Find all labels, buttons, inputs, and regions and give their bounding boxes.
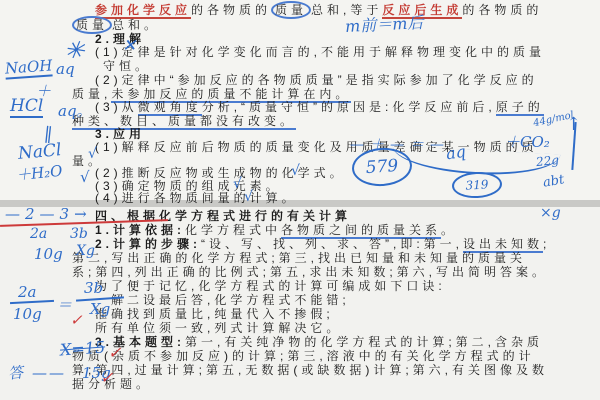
print-text: 第一,有关纯净物的化学方程式的计算;第二,含杂质 xyxy=(185,335,543,349)
handwritten-x-equals-15: X=15 xyxy=(59,337,105,359)
print-line: (2)定律中“参加反应的各物质质量”是指实际参加了化学反应的 xyxy=(95,74,538,87)
check-mark: √ xyxy=(88,146,97,162)
print-line: 3.基本题型:第一,有关纯净物的化学方程式的计算;第二,含杂质 xyxy=(95,336,543,349)
print-line: 系;第四,列出正确的比例式;第五,求出未知数;第六,写出简明答案。 xyxy=(72,266,548,279)
check-mark: √ xyxy=(291,163,300,179)
handwritten-ratio-line: —2—3→ xyxy=(5,205,92,223)
pen-circled-term: 质量 xyxy=(271,1,311,19)
cross-scribble-icon: ✕ xyxy=(122,36,136,56)
print-subheading: 1.计算依据: xyxy=(95,223,185,237)
print-line: 2.计算的步骤:“设、写、找、列、求、答”,即:第一,设出未知数; xyxy=(95,238,550,251)
handwritten-naoh: NaOH xyxy=(4,56,53,79)
handwritten-answer-label: 答 xyxy=(7,361,24,383)
print-subheading: 2.计算的步骤: xyxy=(95,237,201,251)
red-check-mark: ✓ xyxy=(70,311,83,329)
print-line: 第二,写出正确的化学方程式;第三,找出已知量和未知量的质量关 xyxy=(72,252,526,265)
check-mark: √ xyxy=(244,189,253,205)
check-mark: √ xyxy=(80,168,90,186)
print-line: 一解二设最后答,化学方程式不能错; xyxy=(95,294,350,307)
red-check-mark: ✓ xyxy=(108,343,121,362)
handwritten-2a: 2a xyxy=(30,226,47,242)
handwritten-aq: aq xyxy=(56,60,75,78)
print-line: 准确找到质量比,纯量代入不掺假; xyxy=(95,308,334,321)
fraction-numerator-2a: 2a xyxy=(18,283,37,301)
print-line: (1)定律是针对化学变化而言的,不能用于解释物理变化中的质量 xyxy=(95,46,545,59)
print-text: “设、写、找、列、求、答”,即:第一, xyxy=(201,237,463,251)
scanned-notes-page: { "doc": { "top": { "l1": {"s1":"参加化学反应"… xyxy=(0,0,600,400)
print-line: 物质(杂质不参加反应)的计算;第三,溶液中的有关化学方程式的计 xyxy=(72,350,535,363)
handwritten-formula-mass-equality: m前＝m后 xyxy=(344,10,423,37)
key-term-red: 参加化学反应 xyxy=(95,3,191,19)
fraction-denominator-10g: 10g xyxy=(13,305,42,323)
handwritten-3b: 3b xyxy=(70,226,88,242)
print-line: 所有单位须一致,列式计算解决它。 xyxy=(95,322,342,335)
check-mark: √ xyxy=(233,176,242,192)
print-text: 的各物质的 xyxy=(462,3,542,17)
print-text: 质量, xyxy=(72,87,111,101)
fraction-denominator-xg: Xg xyxy=(90,300,110,318)
handwritten-aq: aq。 xyxy=(58,100,92,121)
print-text: ; xyxy=(543,237,550,251)
handwritten-co2: ＋CO₂ xyxy=(505,131,550,152)
handwritten-319: 319 xyxy=(465,177,489,192)
print-text: 总和。 xyxy=(112,18,160,32)
handwritten-10g: 10g xyxy=(34,245,63,263)
print-line: 算;第四,过量计算;第五,无数据(或缺数据)计算;第六,有关图像及数 xyxy=(72,364,548,377)
handwritten-dash: —— xyxy=(32,364,66,382)
handwritten-xg: ×g xyxy=(540,205,561,221)
print-line: 质量总和。 xyxy=(72,19,160,32)
print-text: (3)从 xyxy=(95,100,138,114)
print-line: (3)从微观角度分析,“质量守恒”的原因是:化学反应前后,原子的 xyxy=(95,101,544,114)
pen-underlined-text: 原子的 xyxy=(496,100,544,116)
print-line: 1.计算依据:化学方程式中各物质之间的质量关系。 xyxy=(95,224,457,237)
handwritten-579: 579 xyxy=(365,156,399,178)
print-text: 的各物质的 xyxy=(191,3,271,17)
handwritten-xg: Xg xyxy=(76,243,95,259)
print-text: 。 xyxy=(441,223,457,237)
print-line: 为了便于记忆,化学方程式的计算可编成如下口诀: xyxy=(95,280,446,293)
print-text: 分析,“质量守恒”的原因是:化学反应前后, xyxy=(202,100,496,114)
fraction-numerator-3b: 3b xyxy=(84,279,103,297)
print-line: 参加化学反应的各物质的质量总和,等于反应后生成的各物质的 xyxy=(95,4,542,17)
print-text: 化学方程式中 xyxy=(185,223,281,237)
print-line: 守恒。 xyxy=(103,60,151,73)
handwritten-hcl: HCl xyxy=(10,96,43,118)
red-check-mark: ✓ xyxy=(100,368,113,387)
print-line: (4)进行各物质间量的计算。 xyxy=(95,192,298,205)
